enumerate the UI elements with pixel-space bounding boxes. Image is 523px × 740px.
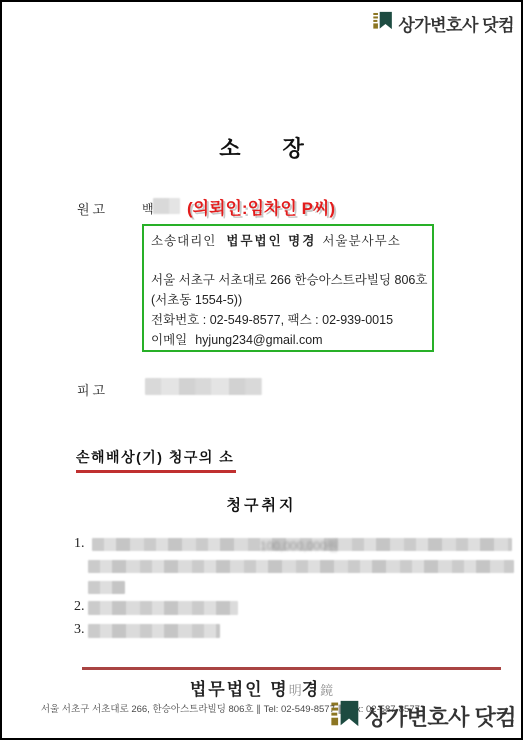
- email-label: 이메일: [151, 333, 187, 347]
- email-address: hyjung234@gmail.com: [195, 333, 322, 347]
- redacted-claim2: [88, 601, 238, 615]
- footer-red-rule: [82, 667, 501, 670]
- attorney-email-line: 이메일hyjung234@gmail.com: [151, 330, 425, 350]
- case-title: 손해배상(기) 청구의 소: [76, 447, 236, 473]
- redacted-claim1-line3: [88, 581, 125, 594]
- defendant-label: 피고: [77, 380, 108, 399]
- attorney-address-line2: (서초동 1554-5)): [151, 290, 425, 310]
- claim-amount-fragment: 100,000,000원: [260, 537, 338, 554]
- attorney-phone-line: 전화번호 : 02-549-8577, 팩스 : 02-939-0015: [151, 310, 425, 330]
- site-logo-top: 상가변호사 닷컴: [371, 9, 514, 37]
- storefront-flag-icon: [328, 697, 360, 735]
- footer-firm-hanja1: 明: [289, 683, 302, 698]
- client-annotation: (의뢰인:임차인 P씨): [187, 194, 335, 219]
- redacted-claim3: [88, 624, 220, 638]
- storefront-flag-icon: [371, 9, 393, 37]
- attorney-address-line1: 서울 서초구 서초대로 266 한승아스트라빌딩 806호: [151, 270, 425, 290]
- claims-heading: 청구취지: [2, 494, 521, 515]
- redacted-plaintiff-name: [153, 198, 180, 214]
- redacted-claim1-line1: 100,000,000원: [92, 538, 512, 551]
- page-title: 소 장: [2, 132, 521, 163]
- footer-firm-korean2: 경: [302, 680, 320, 699]
- attorney-role-label: 소송대리인: [151, 234, 216, 248]
- plaintiff-name: 백: [142, 200, 154, 217]
- site-logo-bottom: 상가변호사 닷컴: [328, 697, 516, 735]
- document-page: 상가변호사 닷컴 소 장 원고 백 (의뢰인:임차인 P씨) 소송대리인법무법인…: [0, 0, 523, 740]
- claim-number-1: 1.: [74, 536, 85, 552]
- redacted-defendant-name: [145, 378, 262, 395]
- footer-firm-hanja2: 鏡: [320, 683, 333, 698]
- law-firm-branch: 서울분사무소: [322, 234, 400, 248]
- site-logo-text: 상가변호사 닷컴: [398, 11, 514, 36]
- attorney-info-box: 소송대리인법무법인 명경서울분사무소 서울 서초구 서초대로 266 한승아스트…: [142, 224, 434, 352]
- redacted-claim1-line2: [88, 560, 514, 573]
- footer-firm-korean1: 법무법인 명: [190, 680, 289, 699]
- claim-number-3: 3.: [74, 622, 85, 638]
- law-firm-name: 법무법인 명경: [226, 234, 316, 248]
- spacer: [151, 251, 425, 270]
- claim-number-2: 2.: [74, 599, 85, 615]
- site-logo-text: 상가변호사 닷컴: [365, 701, 516, 732]
- plaintiff-label: 원고: [77, 199, 108, 218]
- attorney-role-line: 소송대리인법무법인 명경서울분사무소: [151, 231, 425, 251]
